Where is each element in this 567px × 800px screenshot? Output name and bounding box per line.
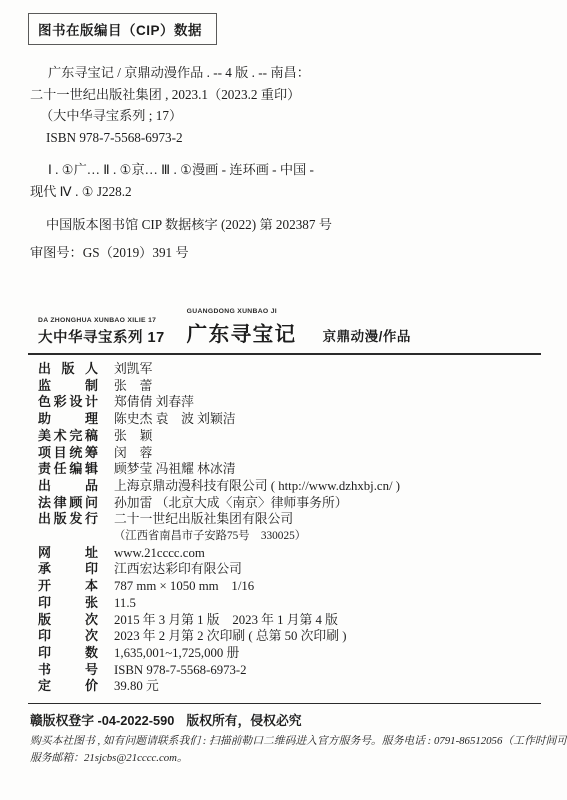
cip-record-number: 中国版本图书馆 CIP 数据核字 (2022) 第 202387 号 <box>30 214 540 236</box>
colophon-row-printer: 承印江西宏达彩印有限公司 <box>38 561 540 578</box>
book-title-block: GUANGDONG XUNBAO JI 广东寻宝记 <box>187 308 297 347</box>
divider-bottom <box>28 703 541 704</box>
colophon-row-art-finish: 美术完稿张 颖 <box>38 428 540 445</box>
colophon-value: 张 蕾 <box>114 379 152 393</box>
colophon-row-website: 网址www.21cccc.com <box>38 545 540 562</box>
colophon-label: 出版发行 <box>38 511 98 528</box>
copyright-page: 图书在版编目（CIP）数据 广东寻宝记 / 京鼎动漫作品 . -- 4 版 . … <box>0 0 567 767</box>
colophon-value: ISBN 978-7-5568-6973-2 <box>114 663 247 677</box>
map-approval-number: 审图号：GS（2019）391 号 <box>30 242 540 264</box>
colophon-label: 责任编辑 <box>38 461 98 478</box>
cip-record-line: 广东寻宝记 / 京鼎动漫作品 . -- 4 版 . -- 南昌： <box>30 62 540 84</box>
colophon-row-supervisor: 监制张 蕾 <box>38 378 540 395</box>
series-pinyin: DA ZHONGHUA XUNBAO XILIE 17 <box>38 317 165 324</box>
colophon-value: 闵 蓉 <box>114 446 152 460</box>
service-notice: 购买本社图书 , 如有问题请联系我们 : 扫描前勒口二维码进入官方服务号。服务电… <box>30 733 540 767</box>
cip-heading: 图书在版编目（CIP）数据 <box>38 23 202 38</box>
colophon-label: 印数 <box>38 645 98 662</box>
book-title: 广东寻宝记 <box>187 323 297 346</box>
cip-classification: Ⅰ . ①广… Ⅱ . ①京… Ⅲ . ①漫画 - 连环画 - 中国 - 现代 … <box>30 159 540 202</box>
classification-line: 现代 Ⅳ . ① J228.2 <box>30 181 540 203</box>
colophon-row-producer: 出品上海京鼎动漫科技有限公司 ( http://www.dzhxbj.cn/ ) <box>38 478 540 495</box>
cip-record-line: ISBN 978-7-5568-6973-2 <box>30 127 540 149</box>
colophon-row-isbn: 书号ISBN 978-7-5568-6973-2 <box>38 662 540 679</box>
divider-top <box>28 353 541 355</box>
series-title: 大中华寻宝系列 17 <box>38 330 165 346</box>
colophon-row-price: 定价39.80 元 <box>38 678 540 695</box>
colophon-row-color-design: 色彩设计郑倩倩 刘春萍 <box>38 394 540 411</box>
colophon-value: www.21cccc.com <box>114 546 205 560</box>
colophon-row-publisher-person: 出版人刘凯军 <box>38 361 540 378</box>
colophon-label: 定价 <box>38 678 98 695</box>
colophon-row-format: 开本787 mm × 1050 mm 1/16 <box>38 578 540 595</box>
colophon-row-sheets: 印张11.5 <box>38 595 540 612</box>
colophon-label: 版次 <box>38 612 98 629</box>
colophon-value: 江西宏达彩印有限公司 <box>114 562 242 576</box>
colophon-value: 刘凯军 <box>114 362 152 376</box>
colophon-row-publisher: 出版发行二十一世纪出版社集团有限公司 <box>38 511 540 528</box>
colophon-row-edition: 版次2015 年 3 月第 1 版 2023 年 1 月第 4 版 <box>38 612 540 629</box>
colophon-label: 承印 <box>38 561 98 578</box>
colophon-label: 书号 <box>38 662 98 679</box>
colophon-row-legal-counsel: 法律顾问孙加雷 （北京大成〈南京〉律师事务所） <box>38 495 540 512</box>
colophon-label: 出版人 <box>38 361 98 378</box>
rights-notice: 版权所有，侵权必究 <box>186 713 301 728</box>
colophon-value: 张 颖 <box>114 429 152 443</box>
colophon-label: 出品 <box>38 478 98 495</box>
copyright-registration: 赣版权登字 -04-2022-590 <box>30 713 174 728</box>
colophon-row-editors: 责任编辑顾梦莹 冯祖耀 林冰清 <box>38 461 540 478</box>
colophon-label: 助理 <box>38 411 98 428</box>
colophon-value: 孙加雷 （北京大成〈南京〉律师事务所） <box>114 496 348 510</box>
title-band: DA ZHONGHUA XUNBAO XILIE 17 大中华寻宝系列 17 G… <box>30 308 540 347</box>
colophon-value: 陈史杰 袁 波 刘颖洁 <box>114 412 236 426</box>
colophon-row-assistants: 助理陈史杰 袁 波 刘颖洁 <box>38 411 540 428</box>
colophon-value: 二十一世纪出版社集团有限公司 <box>114 512 293 526</box>
colophon-value: 2023 年 2 月第 2 次印刷 ( 总第 50 次印刷 ) <box>114 629 346 643</box>
cip-record-line: （大中华寻宝系列 ; 17） <box>30 105 540 127</box>
series-block: DA ZHONGHUA XUNBAO XILIE 17 大中华寻宝系列 17 <box>38 317 165 347</box>
service-notice-line: 购买本社图书 , 如有问题请联系我们 : 扫描前勒口二维码进入官方服务号。服务电… <box>30 733 540 750</box>
cip-heading-box: 图书在版编目（CIP）数据 <box>28 13 217 45</box>
colophon-value: 顾梦莹 冯祖耀 林冰清 <box>114 462 236 476</box>
colophon-label: 监制 <box>38 378 98 395</box>
colophon-row-project-coordinator: 项目统筹闵 蓉 <box>38 445 540 462</box>
colophon-value: 2015 年 3 月第 1 版 2023 年 1 月第 4 版 <box>114 613 338 627</box>
colophon-value: 郑倩倩 刘春萍 <box>114 395 194 409</box>
colophon-label: 色彩设计 <box>38 394 98 411</box>
colophon-table: 出版人刘凯军 监制张 蕾 色彩设计郑倩倩 刘春萍 助理陈史杰 袁 波 刘颖洁 美… <box>30 361 540 695</box>
colophon-label: 美术完稿 <box>38 428 98 445</box>
colophon-label: 开本 <box>38 578 98 595</box>
colophon-value: 1,635,001~1,725,000 册 <box>114 646 239 660</box>
copyright-line: 赣版权登字 -04-2022-590版权所有，侵权必究 <box>30 710 540 729</box>
cip-record-line: 二十一世纪出版社集团 , 2023.1（2023.2 重印） <box>30 84 540 106</box>
colophon-label: 网址 <box>38 545 98 562</box>
colophon-row-impression: 印次2023 年 2 月第 2 次印刷 ( 总第 50 次印刷 ) <box>38 628 540 645</box>
author-credit: 京鼎动漫/作品 <box>323 325 411 347</box>
colophon-label: 印张 <box>38 595 98 612</box>
publisher-address: （江西省南昌市子安路75号 330025） <box>38 528 540 545</box>
colophon-value: 787 mm × 1050 mm 1/16 <box>114 579 254 593</box>
colophon-value: 39.80 元 <box>114 679 159 693</box>
colophon-row-print-run: 印数1,635,001~1,725,000 册 <box>38 645 540 662</box>
classification-line: Ⅰ . ①广… Ⅱ . ①京… Ⅲ . ①漫画 - 连环画 - 中国 - <box>30 159 540 181</box>
service-notice-line: 服务邮箱：21sjcbs@21cccc.com。 <box>30 750 540 767</box>
colophon-label: 项目统筹 <box>38 445 98 462</box>
colophon-label: 法律顾问 <box>38 495 98 512</box>
title-pinyin: GUANGDONG XUNBAO JI <box>187 308 297 315</box>
colophon-value: 11.5 <box>114 596 136 610</box>
colophon-label: 印次 <box>38 628 98 645</box>
cip-record: 广东寻宝记 / 京鼎动漫作品 . -- 4 版 . -- 南昌： 二十一世纪出版… <box>30 62 540 148</box>
colophon-value: 上海京鼎动漫科技有限公司 ( http://www.dzhxbj.cn/ ) <box>114 479 400 493</box>
